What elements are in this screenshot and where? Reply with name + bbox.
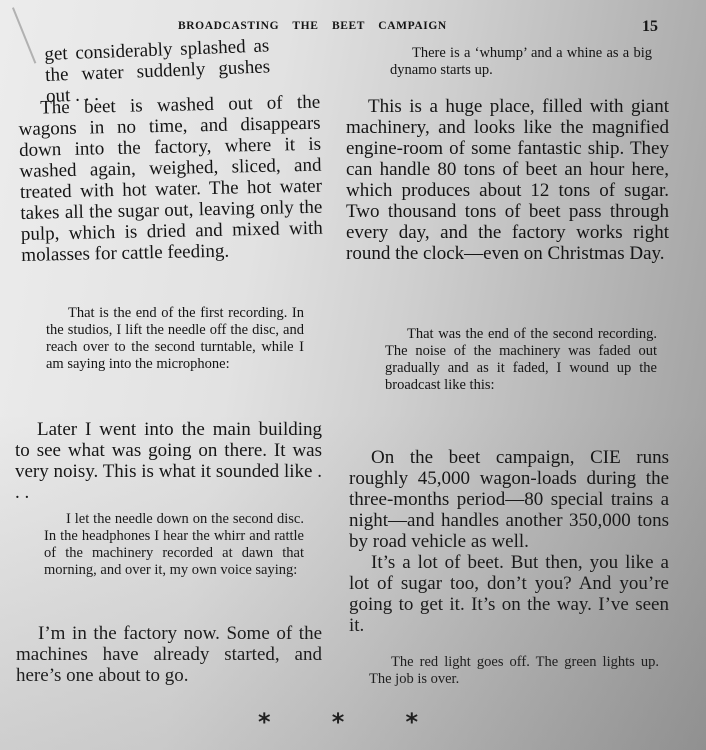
body-paragraph: On the beet campaign, CIE runs roughly 4… bbox=[349, 447, 669, 552]
right-paragraph-beet-campaign: On the beet campaign, CIE runs roughly 4… bbox=[349, 447, 669, 636]
right-paragraph-huge-place: This is a huge place, filled with giant … bbox=[346, 96, 669, 264]
left-paragraph-washing: The beet is washed out of the wagons in … bbox=[18, 92, 323, 266]
body-paragraph: It’s a lot of beet. But then, you like a… bbox=[349, 552, 669, 636]
stage-note: I let the needle down on the second disc… bbox=[44, 511, 304, 579]
left-paragraph-factory-now: I’m in the factory now. Some of the mach… bbox=[16, 623, 322, 686]
stage-note: There is a ‘whump’ and a whine as a big … bbox=[390, 45, 652, 79]
left-paragraph-main-building: Later I went into the main building to s… bbox=[15, 419, 322, 503]
right-stage-note-job-over: The red light goes off. The green lights… bbox=[369, 654, 659, 688]
page-number: 15 bbox=[642, 18, 658, 36]
body-paragraph: This is a huge place, filled with giant … bbox=[346, 96, 669, 264]
left-stage-note-second-disc: I let the needle down on the second disc… bbox=[44, 511, 304, 579]
stage-note: That is the end of the first recording. … bbox=[46, 305, 304, 373]
right-continuation-note: There is a ‘whump’ and a whine as a big … bbox=[390, 45, 652, 79]
asterisk-icon: * bbox=[258, 708, 271, 736]
running-head: BROADCASTING THE BEET CAMPAIGN bbox=[178, 20, 447, 32]
stage-note: The red light goes off. The green lights… bbox=[369, 654, 659, 688]
section-separator: * * * bbox=[258, 708, 418, 736]
left-stage-note-first-recording: That is the end of the first recording. … bbox=[46, 305, 304, 373]
body-paragraph: Later I went into the main building to s… bbox=[15, 419, 322, 503]
body-paragraph: I’m in the factory now. Some of the mach… bbox=[16, 623, 322, 686]
stage-note: That was the end of the second recording… bbox=[385, 326, 657, 394]
body-paragraph: The beet is washed out of the wagons in … bbox=[18, 92, 323, 266]
page-edge-crease bbox=[12, 7, 36, 63]
right-stage-note-second-recording: That was the end of the second recording… bbox=[385, 326, 657, 394]
asterisk-icon: * bbox=[405, 708, 418, 736]
asterisk-icon: * bbox=[332, 708, 345, 736]
